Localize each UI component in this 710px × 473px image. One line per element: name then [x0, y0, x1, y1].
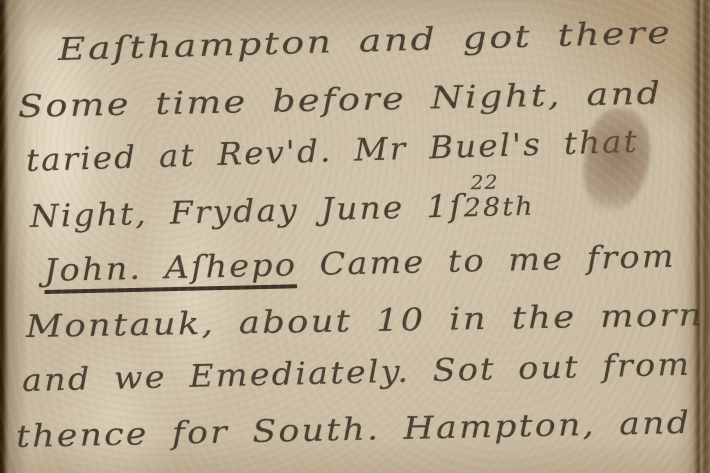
handwritten-line-4-date: Night, Fryday June 1ſ2228th	[30, 187, 536, 235]
date-original-day: 28	[463, 191, 502, 222]
date-ordinal-suffix: th	[502, 191, 535, 222]
handwritten-line-3: taried at Rev'd. Mr Buel's that	[25, 124, 639, 179]
handwritten-line-2: Some time before Night, and	[18, 76, 663, 125]
date-correction: 2228	[463, 187, 502, 224]
handwritten-line-5-name: John. Aſhepo Came to me from	[44, 239, 676, 289]
date-corrected-day: 22	[470, 171, 499, 195]
manuscript-photo: . ſ y ʃ Eaſthampton and got there Some t…	[0, 0, 710, 473]
handwritten-line-1: Eaſthampton and got there	[57, 15, 672, 68]
page-edge-right	[688, 0, 710, 473]
underlined-name: John. Aſhepo	[44, 247, 298, 294]
handwritten-line-6: Montauk, about 10 in the morng	[26, 297, 710, 345]
name-line-rest: Came to me from	[297, 239, 676, 284]
handwritten-line-7: and we Emediately. Sot out from	[22, 347, 692, 399]
handwritten-line-8: thence for South. Hampton, and	[16, 405, 692, 455]
handwritten-line-fragment: . ſ y ʃ	[14, 0, 694, 12]
ink-blot-stain	[577, 104, 656, 217]
page-edge-left-binding	[0, 0, 9, 473]
